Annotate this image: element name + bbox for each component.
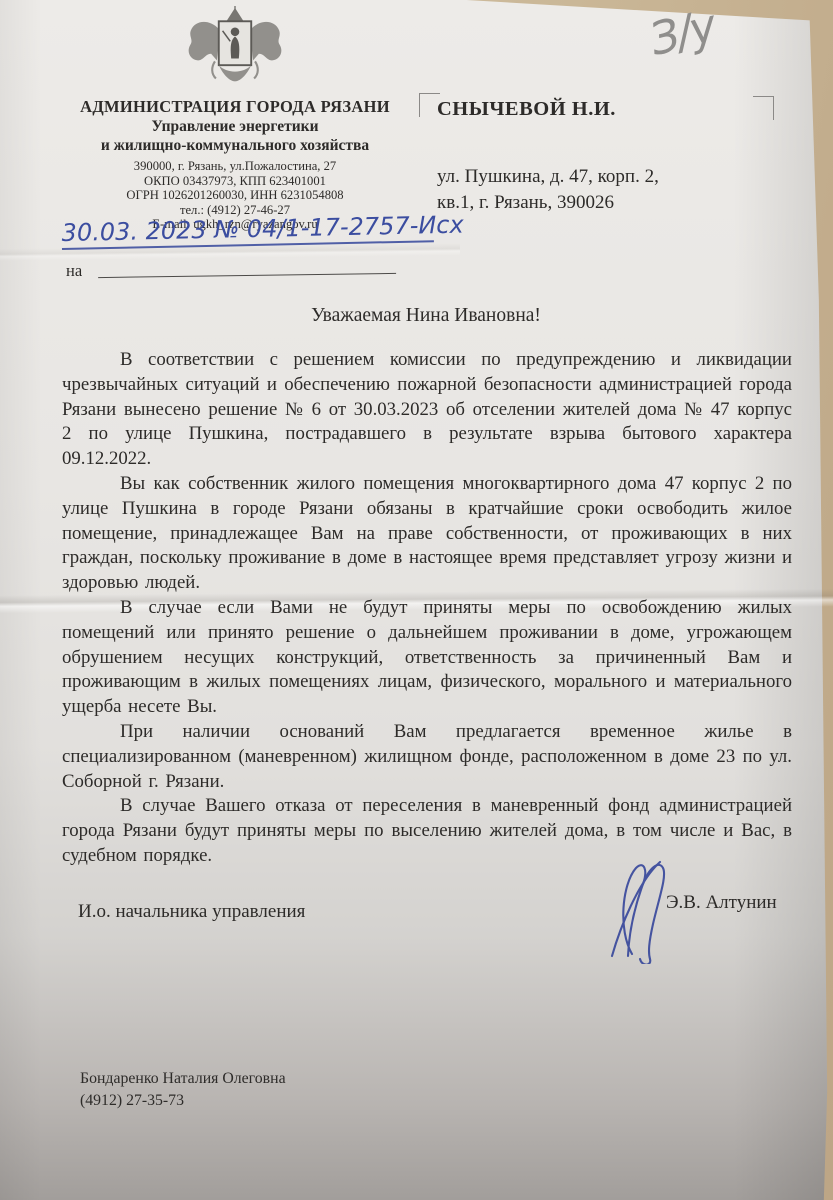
paragraph-4: При наличии оснований Вам предлагается в… [62, 720, 792, 794]
paragraph-1: В соответствии с решением комиссии по пр… [62, 348, 792, 472]
org-dept-line2: и жилищно-коммунального хозяйства [55, 136, 415, 155]
recipient-address: ул. Пушкина, д. 47, корп. 2, кв.1, г. Ря… [437, 164, 767, 216]
org-ogrn-inn: ОГРН 1026201260030, ИНН 6231054808 [55, 188, 415, 203]
recipient-address-line2: кв.1, г. Рязань, 390026 [437, 190, 767, 216]
signer-position-title: И.о. начальника управления [78, 901, 305, 923]
recipient-address-line1: ул. Пушкина, д. 47, корп. 2, [437, 164, 767, 190]
executor-name: Бондаренко Наталия Олеговна [80, 1068, 286, 1090]
org-name: АДМИНИСТРАЦИЯ ГОРОДА РЯЗАНИ [55, 97, 415, 117]
recipient-name: СНЫЧЕВОЙ Н.И. [437, 98, 767, 121]
salutation: Уважаемая Нина Ивановна! [62, 305, 790, 327]
paragraph-3: В случае если Вами не будут приняты меры… [62, 596, 792, 720]
signer-name: Э.В. Алтунин [666, 892, 777, 914]
reply-to-row: на [66, 260, 396, 281]
org-dept-line1: Управление энергетики [55, 117, 415, 136]
reply-to-blank-line [98, 258, 396, 278]
paragraph-5: В случае Вашего отказа от переселения в … [62, 794, 792, 868]
recipient-block: СНЫЧЕВОЙ Н.И. ул. Пушкина, д. 47, корп. … [437, 98, 767, 216]
org-address: 390000, г. Рязань, ул.Пожалостина, 27 [55, 159, 415, 174]
paragraph-2: Вы как собственник жилого помещения мног… [62, 472, 792, 596]
letterhead: АДМИНИСТРАЦИЯ ГОРОДА РЯЗАНИ Управление э… [55, 6, 415, 232]
document-photo: З/у АДМИНИСТРАЦИЯ ГОРОДА РЯЗАНИ Управлен… [0, 0, 833, 1200]
ryazan-coat-of-arms-icon [172, 6, 298, 90]
letter-body: В соответствии с решением комиссии по пр… [62, 348, 792, 869]
executor-block: Бондаренко Наталия Олеговна (4912) 27-35… [80, 1068, 286, 1111]
reply-to-label: на [66, 261, 82, 280]
org-okpo-kpp: ОКПО 03437973, КПП 623401001 [55, 174, 415, 189]
executor-phone: (4912) 27-35-73 [80, 1090, 286, 1112]
